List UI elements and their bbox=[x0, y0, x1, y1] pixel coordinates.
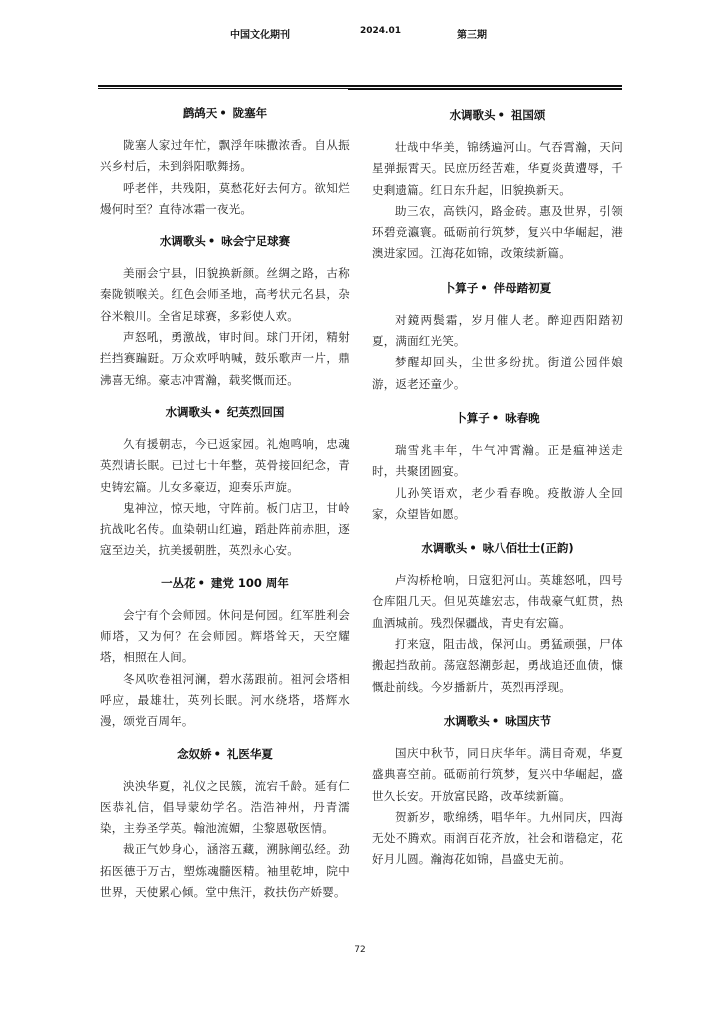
tune-name: 水调歌头 bbox=[444, 714, 490, 728]
stanza: 声怒吼，勇激战，审时间。球门开闭，精射拦挡赛蹁跹。万众欢呼呐喊，鼓乐歌声一片，鼎… bbox=[100, 327, 350, 391]
stanza: 助三农，高铁闪，路金砖。惠及世界，引领环碧竞瀛寰。砥砺前行筑梦，复兴中华崛起，港… bbox=[372, 201, 623, 265]
poem-subject: 咏会宁足球赛 bbox=[221, 234, 290, 248]
stanza: 久有援朝志，今已返家园。礼炮鸣响，忠魂英烈请长眠。已过七十年整，英骨接回纪念，青… bbox=[100, 434, 350, 498]
poem: 水调歌头•纪英烈回国 久有援朝志，今已返家园。礼炮鸣响，忠魂英烈请长眠。已过七十… bbox=[100, 403, 350, 562]
poem-title: 鹧鸪天•陇塞年 bbox=[100, 104, 350, 122]
poem-subject: 咏国庆节 bbox=[505, 714, 551, 728]
poem-title: 水调歌头•咏八佰壮士(正韵) bbox=[372, 539, 623, 557]
poem-title: 水调歌头•咏会宁足球赛 bbox=[100, 232, 350, 250]
journal-name: 中国文化期刊 bbox=[230, 26, 290, 41]
left-column: 鹧鸪天•陇塞年 陇塞人家过年忙，飘浮年味撒浓香。自从振兴乡村后，未到斜阳歌舞扬。… bbox=[100, 92, 350, 913]
poem-subject: 咏八佰壮士(正韵) bbox=[483, 541, 574, 555]
tune-name: 水调歌头 bbox=[421, 541, 467, 555]
poem: 水调歌头•祖国颂 壮哉中华美，锦绣遍河山。气吞霄瀚，天问星弹振霄天。民庶历经苦难… bbox=[372, 106, 623, 265]
stanza: 会宁有个会师园。休问是何园。红军胜利会师塔，又为何？在会师园。辉塔耸天，天空耀塔… bbox=[100, 605, 350, 669]
poem: 卜算子•咏春晚 瑞雪兆丰年，牛气冲霄瀚。正是瘟神送走时，共聚团圆宴。 儿孙笑语欢… bbox=[372, 409, 623, 525]
poem-title: 水调歌头•祖国颂 bbox=[372, 106, 623, 124]
stanza: 梦醒却回头，尘世多纷扰。街道公园伴娘游，返老还童少。 bbox=[372, 352, 623, 395]
tune-name: 念奴娇 bbox=[177, 747, 212, 761]
poem: 水调歌头•咏会宁足球赛 美丽会宁县，旧貌换新颜。丝绸之路，古称秦陇锁喉关。红色会… bbox=[100, 232, 350, 391]
stanza: 冬风吹卷祖河澜，碧水荡跟前。祖河会塔相呼应，最雄壮，英列长眠。河水绕塔，塔辉水漫… bbox=[100, 669, 350, 733]
poem-subject: 咏春晚 bbox=[505, 411, 540, 425]
tune-name: 水调歌头 bbox=[160, 234, 206, 248]
stanza: 卢沟桥枪响，日寇犯河山。英雄怒吼，四号仓库阻几天。但见英雄宏志，伟哉豪气虹贯，热… bbox=[372, 570, 623, 634]
tune-name: 卜算子 bbox=[455, 411, 490, 425]
header-rule-thick bbox=[98, 85, 622, 87]
tune-name: 鹧鸪天 bbox=[183, 106, 218, 120]
stanza: 瑞雪兆丰年，牛气冲霄瀚。正是瘟神送走时，共聚团圆宴。 bbox=[372, 440, 623, 483]
issue-date: 2024.01 bbox=[360, 26, 401, 36]
poem: 水调歌头•咏国庆节 国庆中秋节，同日庆华年。满目奇观，华夏盛典喜空前。砥砺前行筑… bbox=[372, 712, 623, 871]
stanza: 贺新岁，歌绵绣，唱华年。九州同庆，四海无处不腾欢。雨润百花齐放，社会和谐稳定，花… bbox=[372, 807, 623, 871]
poem-title: 念奴娇•礼医华夏 bbox=[100, 745, 350, 763]
stanza: 美丽会宁县，旧貌换新颜。丝绸之路，古称秦陇锁喉关。红色会师圣地，高考状元名县，杂… bbox=[100, 263, 350, 327]
right-column: 水调歌头•祖国颂 壮哉中华美，锦绣遍河山。气吞霄瀚，天问星弹振霄天。民庶历经苦难… bbox=[372, 92, 623, 881]
stanza: 呼老伴，共残阳，莫愁花好去何方。欲知烂熳何时至？直待冰霜一夜光。 bbox=[100, 178, 350, 221]
poem-subject: 礼医华夏 bbox=[227, 747, 273, 761]
poem-title: 水调歌头•咏国庆节 bbox=[372, 712, 623, 730]
stanza: 陇塞人家过年忙，飘浮年味撒浓香。自从振兴乡村后，未到斜阳歌舞扬。 bbox=[100, 135, 350, 178]
poem-title: 水调歌头•纪英烈回国 bbox=[100, 403, 350, 421]
poem-title: 卜算子•伴母踏初夏 bbox=[372, 279, 623, 297]
stanza: 壮哉中华美，锦绣遍河山。气吞霄瀚，天问星弹振霄天。民庶历经苦难，华夏炎黄遭辱，千… bbox=[372, 137, 623, 201]
stanza: 鬼神泣，惊天地，守阵前。板门店卫，甘岭抗战叱名传。血染朝山红遍，蹈赴阵前赤胆，逐… bbox=[100, 498, 350, 562]
poem: 卜算子•伴母踏初夏 对鏡两鬓霜，岁月催人老。醉迎西阳踏初夏，满面红光笑。 梦醒却… bbox=[372, 279, 623, 395]
page-header: 中国文化期刊 2024.01 第三期 bbox=[0, 26, 720, 42]
page-number: 72 bbox=[0, 945, 720, 955]
stanza: 打来寇，阻击战，保河山。勇猛顽强，尸体搬起挡敌前。荡寇怒潮彭起，勇战追还血债，慷… bbox=[372, 634, 623, 698]
poem-subject: 纪英烈回国 bbox=[227, 405, 285, 419]
poem: 念奴娇•礼医华夏 泱泱华夏，礼仪之民簇，流宕千龄。延有仁医恭礼信，倡导蒙幼学名。… bbox=[100, 745, 350, 904]
poem: 鹧鸪天•陇塞年 陇塞人家过年忙，飘浮年味撒浓香。自从振兴乡村后，未到斜阳歌舞扬。… bbox=[100, 104, 350, 220]
stanza: 对鏡两鬓霜，岁月催人老。醉迎西阳踏初夏，满面红光笑。 bbox=[372, 310, 623, 353]
issue-number: 第三期 bbox=[457, 26, 487, 41]
poem-subject: 陇塞年 bbox=[233, 106, 268, 120]
stanza: 裁正气妙身心，涵溶五藏，溯脉阐弘经。劲拓医德于万古，塑炼魂髓医精。袖里乾坤，院中… bbox=[100, 839, 350, 903]
poem-subject: 建党 100 周年 bbox=[211, 576, 289, 590]
stanza: 国庆中秋节，同日庆华年。满目奇观，华夏盛典喜空前。砥砺前行筑梦，复兴中华崛起，盛… bbox=[372, 743, 623, 807]
header-rule-thin-right bbox=[348, 88, 622, 90]
tune-name: 水调歌头 bbox=[450, 108, 496, 122]
poem-subject: 祖国颂 bbox=[511, 108, 546, 122]
poem-subject: 伴母踏初夏 bbox=[494, 281, 552, 295]
tune-name: 卜算子 bbox=[444, 281, 479, 295]
tune-name: 水调歌头 bbox=[166, 405, 212, 419]
tune-name: 一丛花 bbox=[161, 576, 196, 590]
poem: 一丛花•建党 100 周年 会宁有个会师园。休问是何园。红军胜利会师塔，又为何？… bbox=[100, 574, 350, 733]
poem-title: 一丛花•建党 100 周年 bbox=[100, 574, 350, 592]
stanza: 儿孙笑语欢，老少看春晚。疫散游人全回家，众望皆如愿。 bbox=[372, 483, 623, 526]
poem-title: 卜算子•咏春晚 bbox=[372, 409, 623, 427]
header-rule-thin-left bbox=[98, 88, 348, 89]
stanza: 泱泱华夏，礼仪之民簇，流宕千龄。延有仁医恭礼信，倡导蒙幼学名。浩浩神州，丹青濡染… bbox=[100, 776, 350, 840]
poem: 水调歌头•咏八佰壮士(正韵) 卢沟桥枪响，日寇犯河山。英雄怒吼，四号仓库阻几天。… bbox=[372, 539, 623, 698]
